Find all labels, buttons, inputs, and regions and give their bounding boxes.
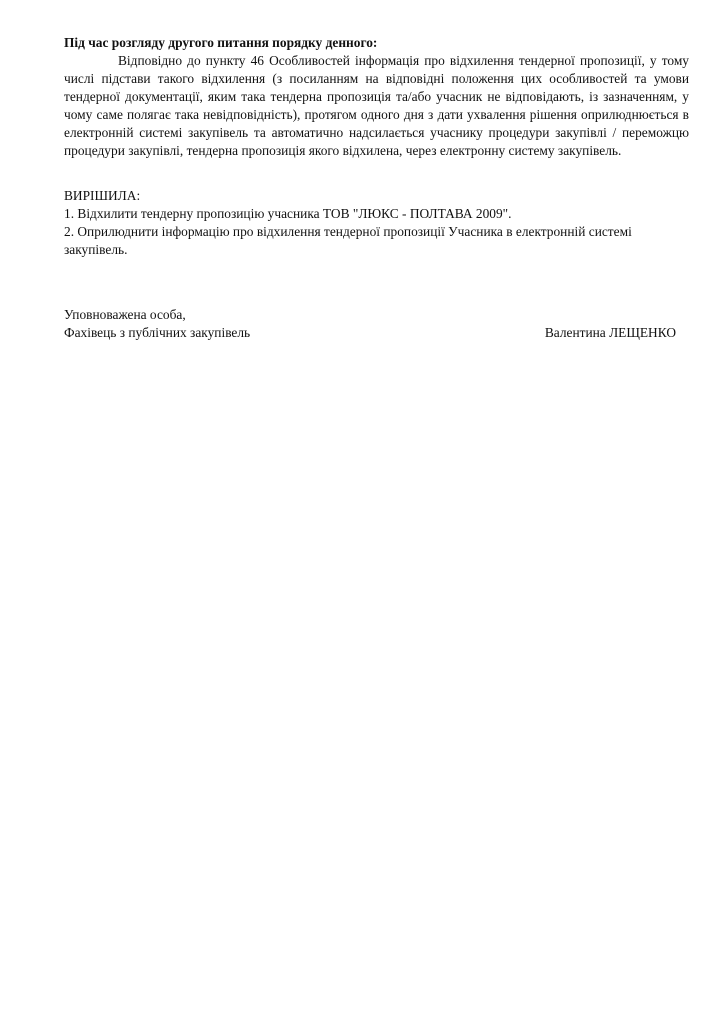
document-page: Під час розгляду другого питання порядку…: [64, 34, 689, 259]
spacer: [64, 160, 689, 187]
decision-item: 2. Оприлюднити інформацію про відхилення…: [64, 223, 689, 259]
signature-row: Фахівець з публічних закупівель Валентин…: [64, 324, 676, 342]
signatory-name: Валентина ЛЕЩЕНКО: [545, 324, 676, 342]
body-paragraph: Відповідно до пункту 46 Особливостей інф…: [64, 52, 689, 160]
signature-role-line1: Уповноважена особа,: [64, 306, 676, 324]
decision-item: 1. Відхилити тендерну пропозицію учасник…: [64, 205, 689, 223]
signature-role-line2: Фахівець з публічних закупівель: [64, 324, 250, 342]
signature-block: Уповноважена особа, Фахівець з публічних…: [64, 306, 676, 342]
section-heading: Під час розгляду другого питання порядку…: [64, 34, 689, 52]
decision-title: ВИРІШИЛА:: [64, 187, 689, 205]
